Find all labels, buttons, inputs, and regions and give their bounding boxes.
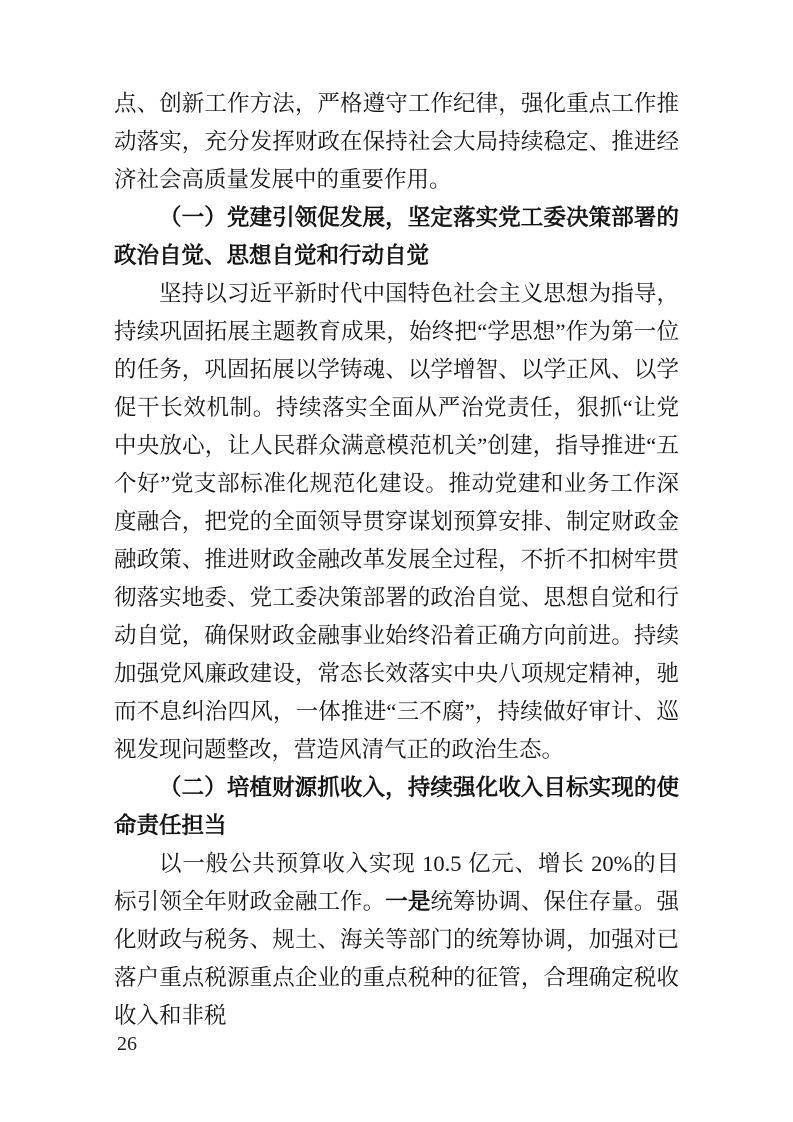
paragraph-section-2: 以一般公共预算收入实现 10.5 亿元、增长 20%的目标引领全年财政金融工作。… <box>114 845 679 1035</box>
paragraph-continuation: 点、创新工作方法，严格遵守工作纪律，强化重点工作推动落实，充分发挥财政在保持社会… <box>114 85 679 199</box>
section-heading-1: （一）党建引领促发展，坚定落实党工委决策部署的政治自觉、思想自觉和行动自觉 <box>114 199 679 275</box>
page-content: 点、创新工作方法，严格遵守工作纪律，强化重点工作推动落实，充分发挥财政在保持社会… <box>114 85 679 1035</box>
paragraph-section-1: 坚持以习近平新时代中国特色社会主义思想为指导，持续巩固拓展主题教育成果，始终把“… <box>114 275 679 769</box>
document-page: 点、创新工作方法，严格遵守工作纪律，强化重点工作推动落实，充分发挥财政在保持社会… <box>0 0 793 1122</box>
paragraph-section-2-run-bold: 一是 <box>385 889 430 914</box>
page-number: 26 <box>117 1031 137 1057</box>
section-heading-2: （二）培植财源抓收入，持续强化收入目标实现的使命责任担当 <box>114 769 679 845</box>
